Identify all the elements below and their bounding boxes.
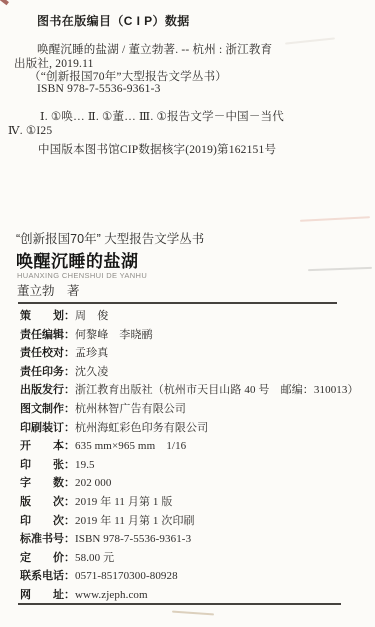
- scan-smudge: [285, 37, 335, 44]
- colophon-row: 网 址：www.zjeph.com: [20, 585, 368, 604]
- colophon-row-label: 责任印务: [20, 366, 64, 378]
- colophon-row-colon: ：: [64, 403, 75, 415]
- cip-registry-number: 中国版本图书馆CIP数据核字(2019)第162151号: [38, 141, 276, 157]
- colophon-row-label: 字 数: [20, 477, 64, 489]
- colophon-row: 策 划：周 俊: [20, 306, 368, 325]
- cip-heading: 图书在版编目（C I P）数据: [37, 12, 190, 29]
- colophon-row-colon: ：: [64, 570, 75, 582]
- colophon-row-value: 0571-85170300-80928: [75, 570, 178, 582]
- colophon-row: 印 次：2019 年 11 月第 1 次印刷: [20, 511, 368, 530]
- colophon-row-value: 635 mm×965 mm 1/16: [75, 440, 186, 452]
- colophon-row-label: 印刷装订: [20, 422, 64, 434]
- colophon-row-value: 浙江教育出版社（杭州市天目山路 40 号 邮编：310013）: [75, 384, 359, 396]
- colophon-row-colon: ：: [64, 347, 75, 359]
- colophon-row-value: 杭州海虹彩色印务有限公司: [75, 422, 208, 434]
- colophon-row: 版 次：2019 年 11 月第 1 版: [20, 492, 368, 511]
- colophon-row-colon: ：: [64, 459, 75, 471]
- colophon-row-colon: ：: [64, 366, 75, 378]
- cip-classification-line-2: Ⅳ. ①I25: [8, 123, 52, 137]
- colophon-row-colon: ：: [64, 496, 75, 508]
- colophon-row-label: 定 价: [20, 552, 64, 564]
- book-title: 唤醒沉睡的盐湖: [16, 247, 139, 272]
- colophon-row: 出版发行：浙江教育出版社（杭州市天目山路 40 号 邮编：310013）: [20, 380, 368, 399]
- colophon-row-value: 周 俊: [75, 310, 108, 322]
- colophon-row: 责任编辑：何黎峰 李晓鹂: [20, 325, 368, 344]
- colophon-row: 图文制作：杭州林智广告有限公司: [20, 399, 368, 418]
- book-title-pinyin: HUANXING CHENSHUI DE YANHU: [17, 271, 147, 280]
- colophon-row-value: ISBN 978-7-5536-9361-3: [75, 533, 191, 545]
- colophon-row: 字 数：202 000: [20, 473, 368, 492]
- colophon-row: 标准书号：ISBN 978-7-5536-9361-3: [20, 529, 368, 548]
- colophon-row-label: 标准书号: [20, 533, 64, 545]
- colophon-row-label: 联系电话: [20, 570, 64, 582]
- colophon-row-value: 19.5: [75, 459, 95, 471]
- colophon-row-value: www.zjeph.com: [75, 589, 148, 601]
- colophon-row-label: 责任编辑: [20, 329, 64, 341]
- colophon-row-label: 出版发行: [20, 384, 64, 396]
- colophon-row-value: 2019 年 11 月第 1 版: [75, 496, 172, 508]
- cip-isbn: ISBN 978-7-5536-9361-3: [37, 83, 161, 95]
- colophon-row-colon: ：: [64, 422, 75, 434]
- colophon-row: 责任印务：沈久凌: [20, 362, 368, 381]
- colophon-row: 责任校对：孟珍真: [20, 343, 368, 362]
- book-colophon-page: 图书在版编目（C I P）数据 唤醒沉睡的盐湖 / 董立勃著. -- 杭州 : …: [0, 0, 375, 627]
- colophon-row-label: 印 张: [20, 459, 64, 471]
- colophon-row-label: 开 本: [20, 440, 64, 452]
- colophon-row-colon: ：: [64, 589, 75, 601]
- colophon-row: 联系电话：0571-85170300-80928: [20, 566, 368, 585]
- cip-series-note: （“创新报国70年”大型报告文学丛书）: [29, 68, 227, 84]
- scan-corner-artifact: [0, 0, 9, 5]
- colophon-row-label: 网 址: [20, 589, 64, 601]
- cip-classification-line-1: Ⅰ. ①唤… Ⅱ. ①董… Ⅲ. ①报告文学－中国－当代: [40, 108, 284, 124]
- colophon-row-label: 责任校对: [20, 347, 64, 359]
- colophon-row-colon: ：: [64, 329, 75, 341]
- colophon-row-value: 202 000: [75, 477, 111, 489]
- colophon-row: 开 本：635 mm×965 mm 1/16: [20, 436, 368, 455]
- colophon-row-colon: ：: [64, 515, 75, 527]
- colophon-row: 定 价：58.00 元: [20, 548, 368, 567]
- bottom-divider-rule: [18, 603, 341, 605]
- colophon-row-colon: ：: [64, 310, 75, 322]
- colophon-row: 印刷装订：杭州海虹彩色印务有限公司: [20, 418, 368, 437]
- series-title: “创新报国70年” 大型报告文学丛书: [16, 229, 204, 247]
- colophon-row-value: 何黎峰 李晓鹂: [75, 329, 153, 341]
- colophon-rows: 策 划：周 俊 责任编辑：何黎峰 李晓鹂 责任校对：孟珍真 责任印务：沈久凌 出…: [20, 306, 368, 604]
- colophon-row-value: 杭州林智广告有限公司: [75, 403, 186, 415]
- scan-smudge: [300, 216, 370, 222]
- scan-smudge: [172, 611, 214, 616]
- colophon-row-colon: ：: [64, 384, 75, 396]
- colophon-row-value: 2019 年 11 月第 1 次印刷: [75, 515, 195, 527]
- colophon-row-label: 印 次: [20, 515, 64, 527]
- colophon-row-value: 孟珍真: [75, 347, 108, 359]
- colophon-row-value: 58.00 元: [75, 552, 114, 564]
- colophon-row-value: 沈久凌: [75, 366, 108, 378]
- colophon-row-colon: ：: [64, 477, 75, 489]
- colophon-row-label: 版 次: [20, 496, 64, 508]
- scan-smudge: [308, 267, 372, 271]
- colophon-row-colon: ：: [64, 552, 75, 564]
- author-name: 董立勃 著: [17, 281, 80, 299]
- colophon-row-label: 策 划: [20, 310, 64, 322]
- top-divider-rule: [18, 302, 337, 304]
- colophon-row-colon: ：: [64, 533, 75, 545]
- colophon-row-label: 图文制作: [20, 403, 64, 415]
- colophon-row-colon: ：: [64, 440, 75, 452]
- colophon-row: 印 张：19.5: [20, 455, 368, 474]
